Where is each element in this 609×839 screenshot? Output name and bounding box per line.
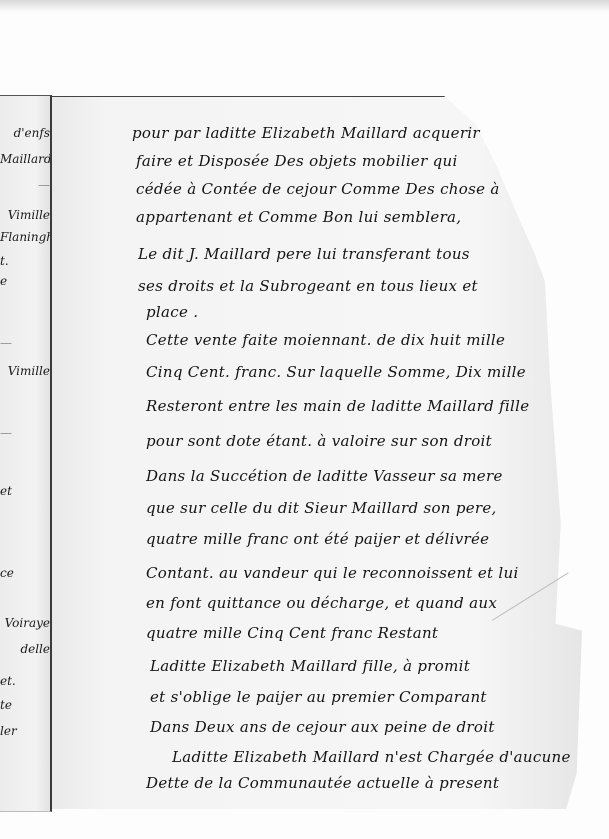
manuscript-line: cédée à Contée de cejour Comme Des chose… bbox=[136, 180, 500, 198]
manuscript-line: Dans la Succétion de laditte Vasseur sa … bbox=[146, 467, 503, 485]
left-fragment-text: d'enfs bbox=[0, 126, 50, 140]
left-fragment-text: Vimille bbox=[0, 208, 50, 222]
manuscript-line: faire et Disposée Des objets mobilier qu… bbox=[136, 152, 458, 170]
manuscript-line: Le dit J. Maillard pere lui transferant … bbox=[138, 245, 470, 263]
manuscript-line: Dans Deux ans de cejour aux peine de dro… bbox=[150, 718, 495, 736]
manuscript-line: pour par laditte Elizabeth Maillard acqu… bbox=[132, 124, 480, 142]
manuscript-line: Cette vente faite moiennant. de dix huit… bbox=[146, 331, 505, 349]
manuscript-line: Laditte Elizabeth Maillard fille, à prom… bbox=[150, 657, 470, 675]
left-fragment-text: te bbox=[0, 698, 50, 712]
scan-top-shadow bbox=[0, 0, 609, 12]
left-fragment-text: ce bbox=[0, 566, 50, 580]
left-fragment-text: t. bbox=[0, 254, 50, 268]
left-fragment-text: delle bbox=[0, 642, 50, 656]
manuscript-line: quatre mille Cinq Cent franc Restant bbox=[146, 624, 438, 642]
left-fragment-text: e bbox=[0, 274, 50, 288]
manuscript-line: que sur celle du dit Sieur Maillard son … bbox=[146, 499, 497, 517]
left-fragment-text: Maillard bbox=[0, 152, 50, 166]
left-fragment-text: et bbox=[0, 484, 50, 498]
manuscript-line: Dette de la Communautée actuelle à prese… bbox=[146, 774, 499, 792]
manuscript-line: Cinq Cent. franc. Sur laquelle Somme, Di… bbox=[146, 363, 526, 381]
left-fragment-text: Vimille bbox=[0, 364, 50, 378]
left-fragment-text: Voiraye bbox=[0, 616, 50, 630]
manuscript-line: appartenant et Comme Bon lui semblera, bbox=[136, 208, 461, 226]
manuscript-line: pour sont dote étant. à valoire sur son … bbox=[146, 432, 492, 450]
manuscript-line: quatre mille franc ont été paijer et dél… bbox=[146, 530, 489, 548]
manuscript-line: en font quittance ou décharge, et quand … bbox=[146, 594, 497, 612]
left-fragment-text: — bbox=[0, 426, 50, 440]
manuscript-line: ses droits et la Subrogeant en tous lieu… bbox=[138, 277, 478, 295]
manuscript-line: Contant. au vandeur qui le reconnoissent… bbox=[146, 564, 519, 582]
manuscript-line: et s'oblige le paijer au premier Compara… bbox=[150, 688, 487, 706]
manuscript-line: Resteront entre les main de laditte Mail… bbox=[146, 397, 529, 415]
manuscript-line: place . bbox=[146, 303, 198, 321]
left-fragment-text: — bbox=[0, 178, 50, 192]
left-fragment-text: ler bbox=[0, 724, 50, 738]
left-fragment-text: et. bbox=[0, 674, 50, 688]
manuscript-line: Laditte Elizabeth Maillard n'est Chargée… bbox=[172, 748, 571, 766]
left-fragment-text: — bbox=[0, 336, 50, 350]
left-page-fragment: d'enfs Maillard — Vimille Flaningh t. e … bbox=[0, 95, 52, 812]
left-fragment-text: Flaningh bbox=[0, 230, 50, 244]
